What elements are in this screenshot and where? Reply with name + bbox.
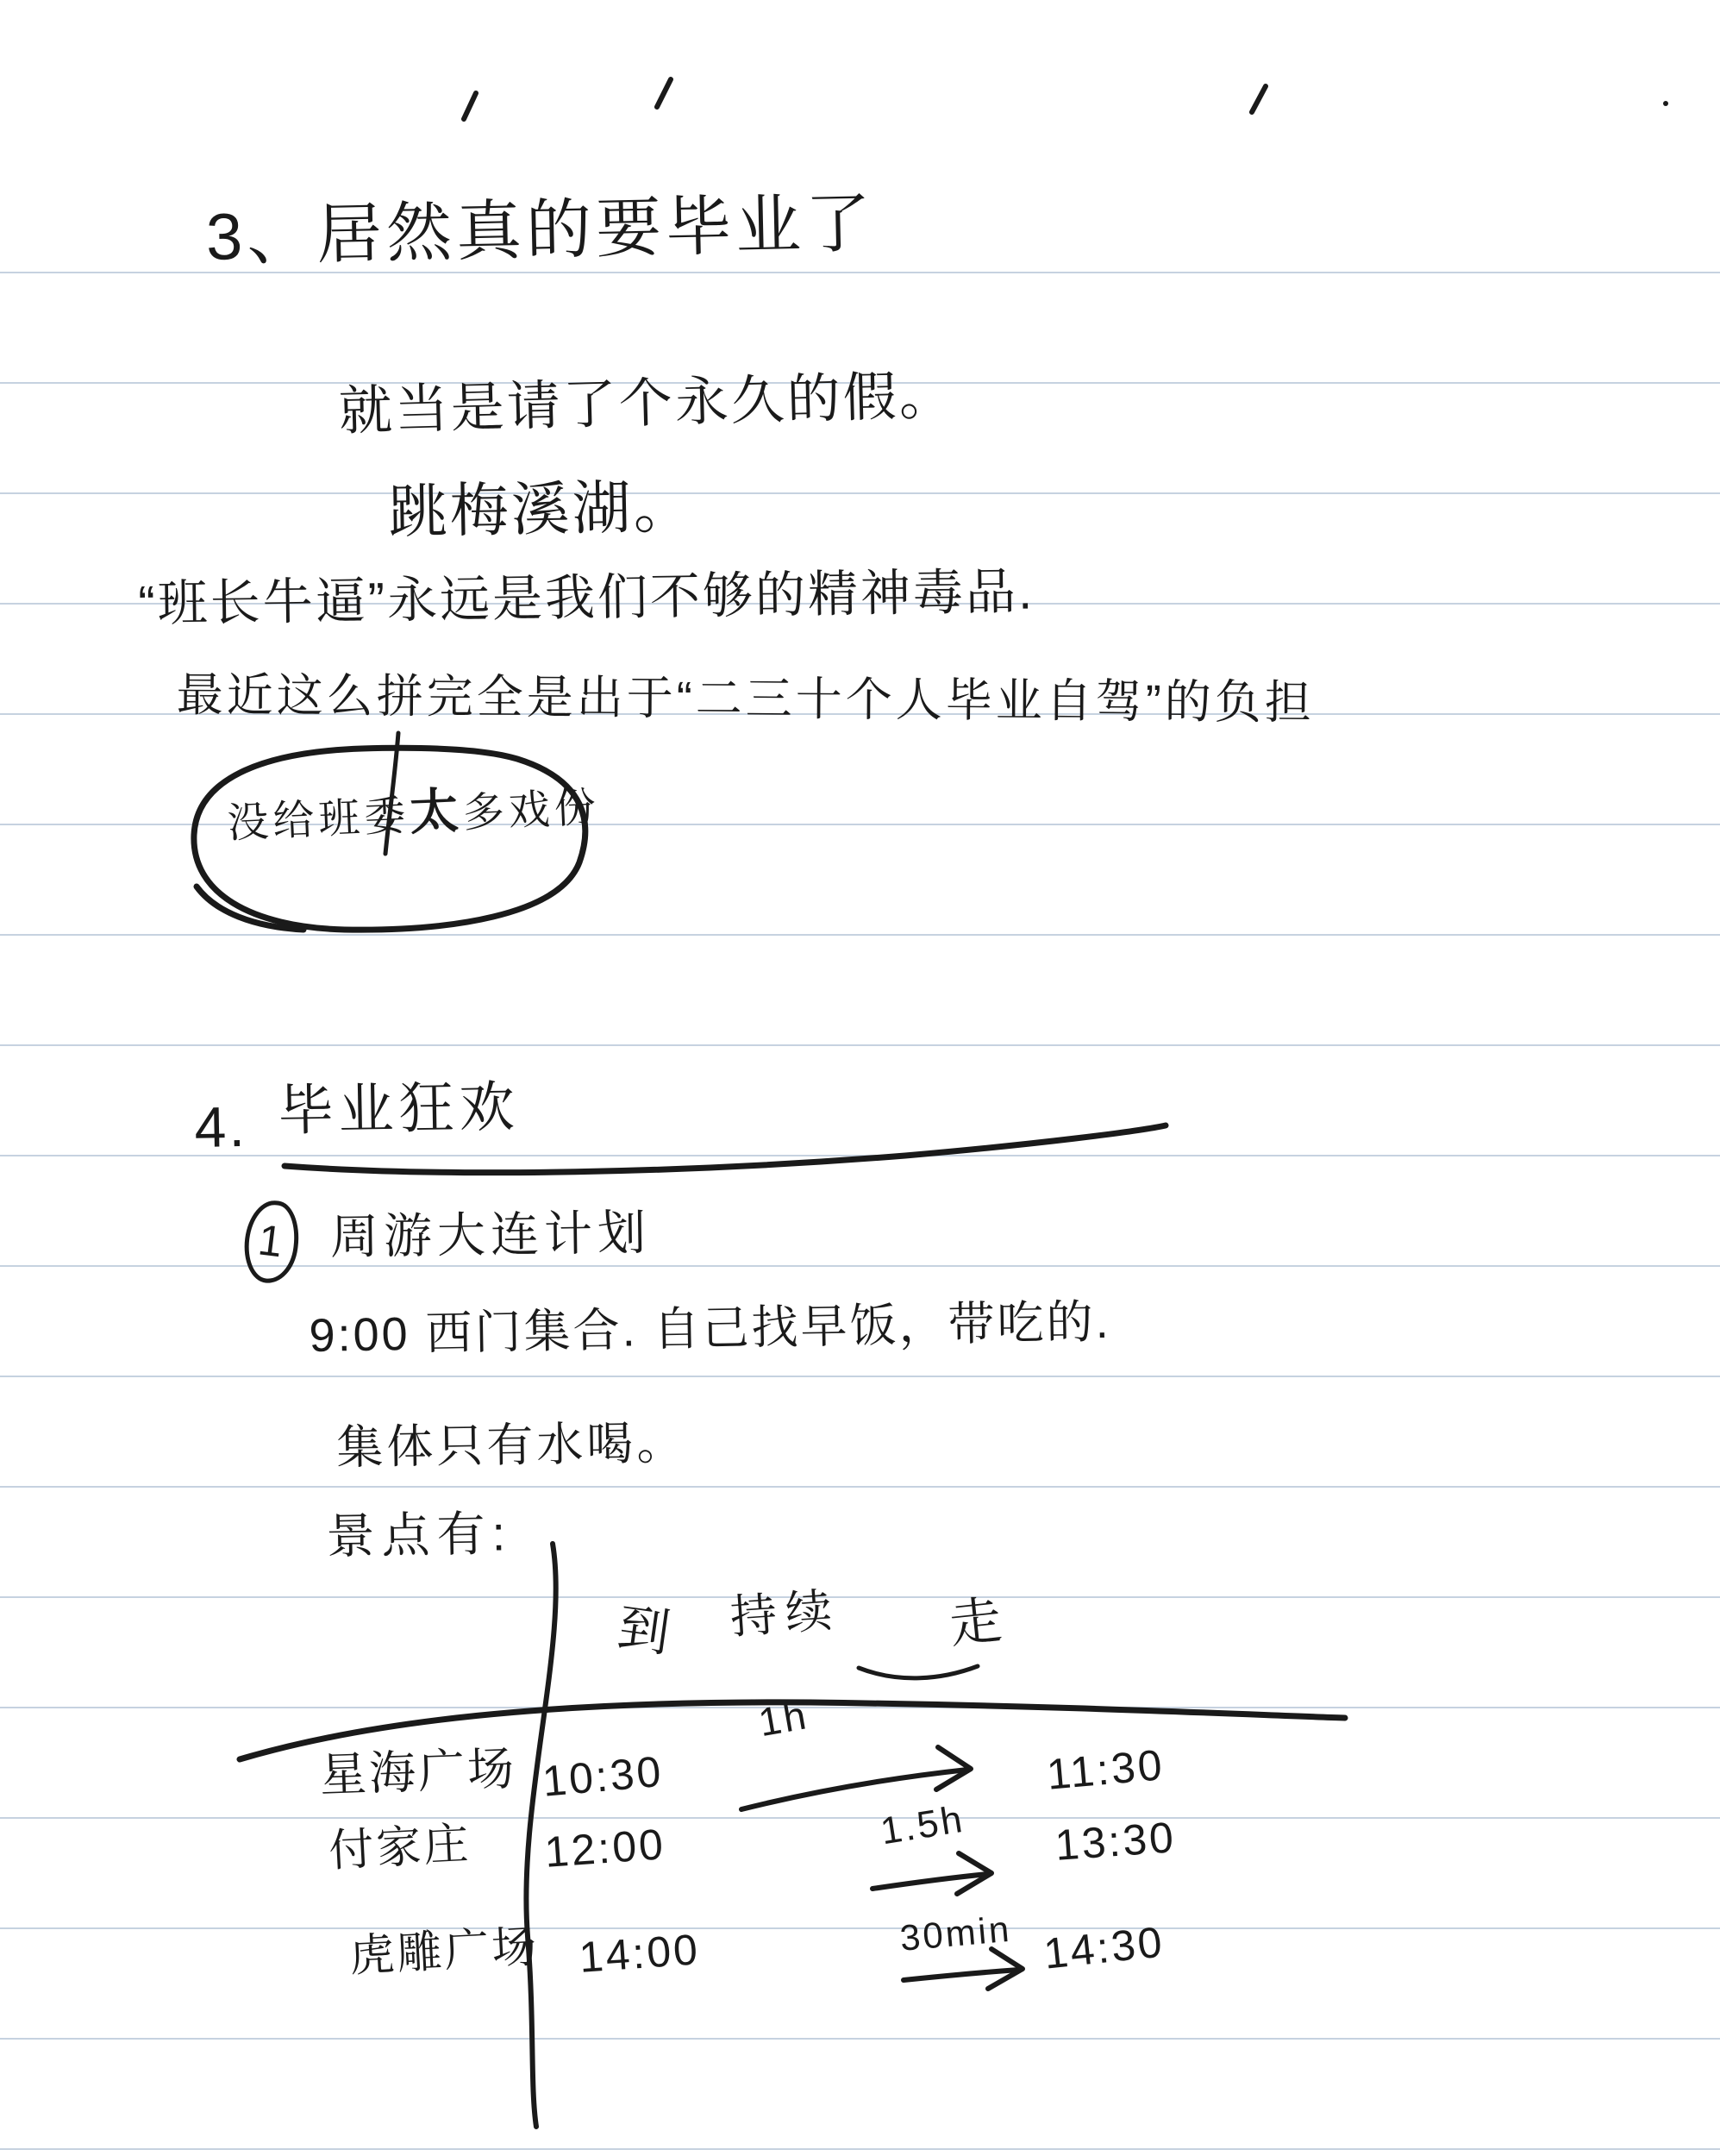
place-label: 虎雕广场 bbox=[348, 1921, 541, 1983]
note-line-permanent-leave: 就当是请了个永久的假。 bbox=[338, 365, 956, 442]
note-line-trip-burden: 最近这么拼完全是出于“二三十个人毕业自驾”的负担 bbox=[177, 668, 1315, 730]
arrow-row1-head bbox=[936, 1747, 971, 1789]
note-line-item3-title: 3、居然真的要毕业了 bbox=[205, 186, 876, 276]
handwritten-note-page: 3、居然真的要毕业了 就当是请了个永久的假。 跳梅溪湖。 “班长牛逼”永远是我们… bbox=[0, 0, 1720, 2156]
arrow-row3-shaft bbox=[904, 1970, 1019, 1980]
plan-number: 1 bbox=[255, 1215, 288, 1268]
place-label: 星海广场 bbox=[319, 1742, 517, 1802]
circled-note-post: 多戏份 bbox=[462, 785, 601, 837]
place-label: 付家庄 bbox=[328, 1819, 472, 1877]
plan-title: 周游大连计划 bbox=[330, 1205, 652, 1265]
leave-time: 11:30 bbox=[1045, 1740, 1166, 1800]
duration-label: 1h bbox=[755, 1692, 811, 1745]
arrive-time: 12:00 bbox=[543, 1820, 667, 1877]
stray-tick bbox=[1252, 86, 1266, 112]
arrow-row3-head bbox=[988, 1949, 1023, 1989]
arrow-row2-shaft bbox=[873, 1874, 988, 1889]
note-circle-tail bbox=[197, 887, 303, 930]
note-line-jump-lake: 跳梅溪湖。 bbox=[388, 473, 695, 546]
note-line-meetup: 9:00 西门集合. 自己找早饭，带吃的. bbox=[309, 1295, 1111, 1363]
note-item4-number: 4. bbox=[194, 1094, 247, 1161]
note-line-spots: 景点有: bbox=[326, 1506, 513, 1564]
circled-note-emphasis: 太 bbox=[409, 784, 464, 841]
circled-note-pre: 没给班委 bbox=[226, 793, 410, 847]
arrive-time: 10:30 bbox=[541, 1747, 666, 1807]
table-header-duration: 持续 bbox=[729, 1583, 842, 1645]
stray-tick bbox=[464, 93, 476, 119]
arrow-row2-head bbox=[957, 1853, 991, 1894]
arrive-time: 14:00 bbox=[578, 1925, 702, 1983]
note-plan-line: 1 周游大连计划 bbox=[245, 1200, 651, 1283]
header-tail-stroke bbox=[859, 1666, 978, 1678]
table-header-leave: 走 bbox=[947, 1589, 1007, 1654]
duration-label: 30min bbox=[898, 1908, 1013, 1959]
duration-label: 1.5h bbox=[878, 1798, 967, 1854]
note-item4-title: 毕业狂欢 bbox=[278, 1075, 520, 1143]
circled-note-text: 没给班委太多戏份 bbox=[226, 777, 601, 849]
table-header-arrive: 到 bbox=[614, 1597, 676, 1664]
note-line-water: 集体只有水喝。 bbox=[336, 1416, 687, 1475]
leave-time: 14:30 bbox=[1041, 1917, 1166, 1979]
ink-sketch-layer bbox=[0, 0, 1720, 2156]
leave-time: 13:30 bbox=[1054, 1813, 1178, 1871]
stray-dot bbox=[1663, 101, 1668, 106]
stray-tick bbox=[657, 79, 671, 107]
note-line-spirit-drug: “班长牛逼”永远是我们不够的精神毒品. bbox=[138, 563, 1035, 633]
circled-number-one: 1 bbox=[240, 1198, 303, 1287]
